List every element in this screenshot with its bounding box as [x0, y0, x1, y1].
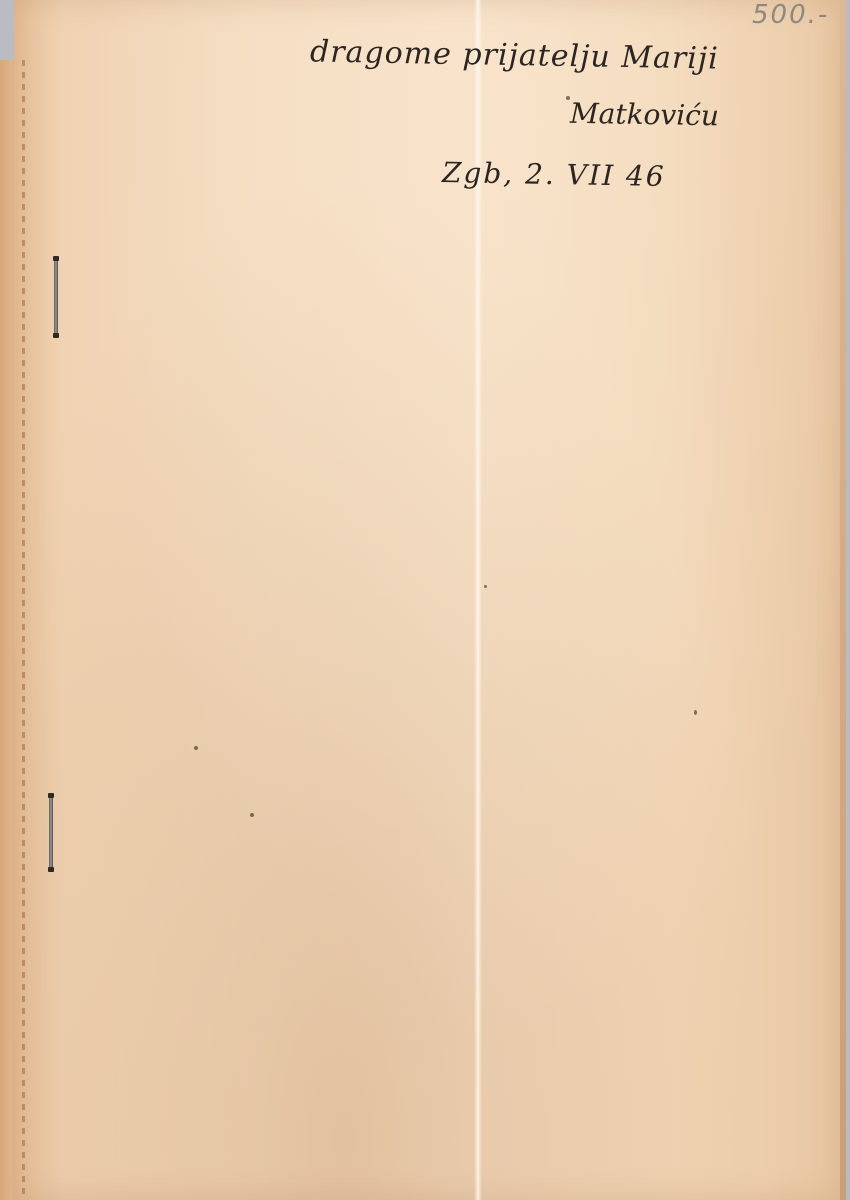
- binding-edge: [22, 60, 25, 1200]
- staple-icon: [49, 795, 53, 870]
- paper-speck: [194, 746, 198, 750]
- paper-speck: [484, 585, 487, 588]
- paper-speck: [250, 813, 254, 817]
- price-note: 500.-: [752, 0, 829, 30]
- paper-speck: [566, 96, 570, 100]
- staple-icon: [54, 258, 58, 336]
- inscription-line-2: Matkoviću: [570, 97, 719, 133]
- paper-speck: [694, 710, 697, 715]
- inscription-place-date: Zgb, 2. VII 46: [442, 156, 666, 193]
- inscription-line-1: dragome prijatelju Mariji: [310, 34, 719, 76]
- pamphlet-cover: 500.- dragome prijatelju Mariji Matković…: [14, 0, 840, 1200]
